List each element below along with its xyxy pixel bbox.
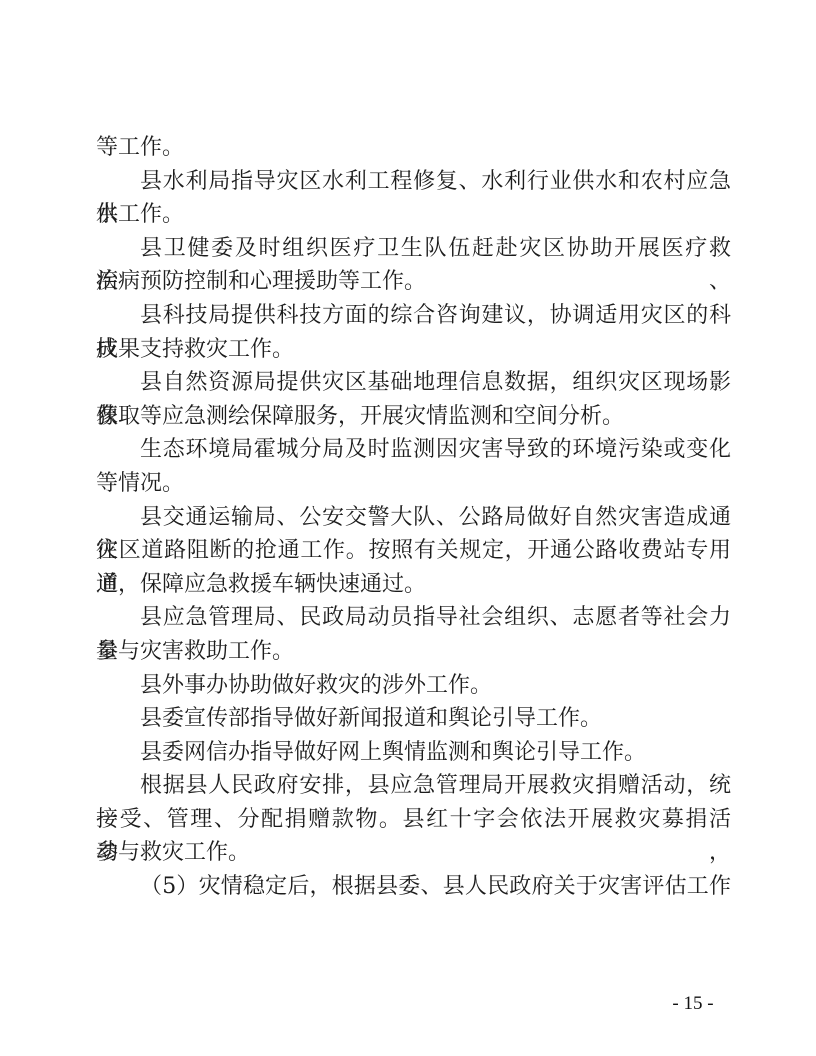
text-line: 道，保障应急救援车辆快速通过。 <box>96 568 731 602</box>
document-page: 等工作。县水利局指导灾区水利工程修复、水利行业供水和农村应急供水工作。县卫健委及… <box>0 0 816 1056</box>
document-body: 等工作。县水利局指导灾区水利工程修复、水利行业供水和农村应急供水工作。县卫健委及… <box>96 131 731 904</box>
page-number: - 15 - <box>633 993 753 1015</box>
text-line: 接受、管理、分配捐赠款物。县红十字会依法开展救灾募捐活动， <box>96 803 731 837</box>
text-line: 县交通运输局、公安交警大队、公路局做好自然灾害造成通往 <box>96 501 731 535</box>
text-line: 县委网信办指导做好网上舆情监测和舆论引导工作。 <box>96 736 731 770</box>
text-line: 县外事办协助做好救灾的涉外工作。 <box>96 669 731 703</box>
text-line: （5）灾情稳定后，根据县委、县人民政府关于灾害评估工作 <box>96 870 731 904</box>
text-line: 县科技局提供科技方面的综合咨询建议，协调适用灾区的科技 <box>96 299 731 333</box>
text-line: 县卫健委及时组织医疗卫生队伍赶赴灾区协助开展医疗救治、 <box>96 232 731 266</box>
text-line: 根据县人民政府安排，县应急管理局开展救灾捐赠活动，统一 <box>96 769 731 803</box>
text-line: 灾区道路阻断的抢通工作。按照有关规定，开通公路收费站专用通 <box>96 534 731 568</box>
text-line: 等情况。 <box>96 467 731 501</box>
text-line: 县委宣传部指导做好新闻报道和舆论引导工作。 <box>96 702 731 736</box>
text-line: 等工作。 <box>96 131 731 165</box>
text-line: 成果支持救灾工作。 <box>96 333 731 367</box>
text-line: 县水利局指导灾区水利工程修复、水利行业供水和农村应急供 <box>96 165 731 199</box>
text-line: 县自然资源局提供灾区基础地理信息数据，组织灾区现场影像 <box>96 366 731 400</box>
text-line: 生态环境局霍城分局及时监测因灾害导致的环境污染或变化 <box>96 433 731 467</box>
text-line: 水工作。 <box>96 198 731 232</box>
text-line: 参与灾害救助工作。 <box>96 635 731 669</box>
text-line: 获取等应急测绘保障服务，开展灾情监测和空间分析。 <box>96 400 731 434</box>
text-line: 县应急管理局、民政局动员指导社会组织、志愿者等社会力量 <box>96 601 731 635</box>
